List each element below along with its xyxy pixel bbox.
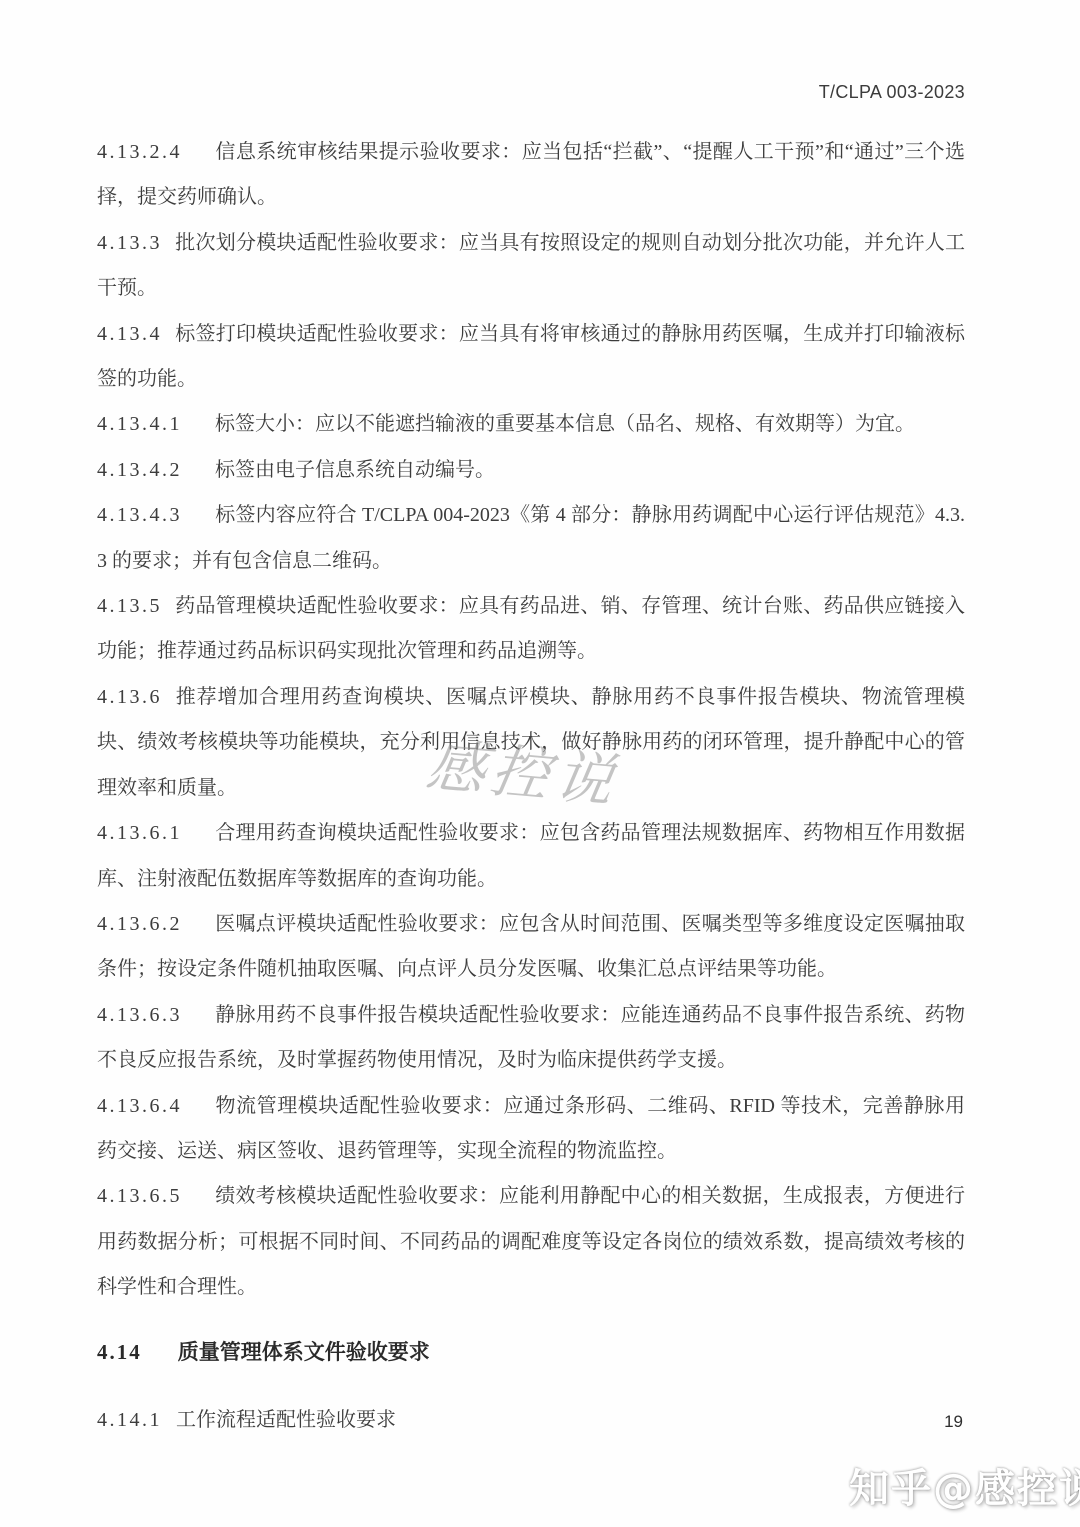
clause-number: 4.13.4.1 (97, 413, 182, 435)
clause-4-13-4-2: 4.13.4.2标签由电子信息系统自动编号。 (97, 448, 965, 493)
document-body: 4.13.2.4信息系统审核结果提示验收要求：应当包括“拦截”、“提醒人工干预”… (97, 130, 965, 1443)
clause-text: 药品管理模块适配性验收要求：应具有药品进、销、存管理、统计台账、药品供应链接入功… (97, 595, 965, 662)
clause-4-13-4-3: 4.13.4.3标签内容应符合 T/CLPA 004-2023《第 4 部分：静… (97, 493, 965, 584)
clause-4-13-6-1: 4.13.6.1合理用药查询模块适配性验收要求：应包含药品管理法规数据库、药物相… (97, 811, 965, 902)
clause-4-13-6-2: 4.13.6.2医嘱点评模块适配性验收要求：应包含从时间范围、医嘱类型等多维度设… (97, 902, 965, 993)
clause-number: 4.13.4.2 (97, 459, 182, 481)
clause-text: 信息系统审核结果提示验收要求：应当包括“拦截”、“提醒人工干预”和“通过”三个选… (97, 141, 965, 208)
section-title: 质量管理体系文件验收要求 (178, 1340, 430, 1364)
clause-text: 医嘱点评模块适配性验收要求：应包含从时间范围、医嘱类型等多维度设定医嘱抽取条件；… (97, 913, 965, 980)
clause-number: 4.13.4.3 (97, 504, 182, 526)
clause-4-13-4-1: 4.13.4.1标签大小：应以不能遮挡输液的重要基本信息（品名、规格、有效期等）… (97, 402, 965, 447)
clause-number: 4.13.3 (97, 232, 162, 254)
clause-4-13-3: 4.13.3批次划分模块适配性验收要求：应当具有按照设定的规则自动划分批次功能，… (97, 221, 965, 312)
clause-number: 4.13.5 (97, 595, 162, 617)
zhihu-corner-watermark: 知乎@感控说 (849, 1457, 1080, 1514)
clause-number: 4.13.6.5 (97, 1185, 182, 1207)
clause-text: 静脉用药不良事件报告模块适配性验收要求：应能连通药品不良事件报告系统、药物不良反… (97, 1004, 965, 1071)
clause-text: 标签大小：应以不能遮挡输液的重要基本信息（品名、规格、有效期等）为宜。 (215, 413, 915, 435)
clause-4-13-6-4: 4.13.6.4物流管理模块适配性验收要求：应通过条形码、二维码、RFID 等技… (97, 1084, 965, 1175)
clause-4-13-6-5: 4.13.6.5绩效考核模块适配性验收要求：应能利用静配中心的相关数据，生成报表… (97, 1174, 965, 1310)
clause-number: 4.13.2.4 (97, 141, 182, 163)
section-heading-4-14: 4.14质量管理体系文件验收要求 (97, 1330, 965, 1375)
clause-text: 标签打印模块适配性验收要求：应当具有将审核通过的静脉用药医嘱，生成并打印输液标签… (97, 323, 965, 390)
subsection-title: 工作流程适配性验收要求 (176, 1409, 396, 1431)
clause-4-13-6-3: 4.13.6.3静脉用药不良事件报告模块适配性验收要求：应能连通药品不良事件报告… (97, 993, 965, 1084)
section-number: 4.14 (97, 1340, 142, 1364)
clause-text: 标签由电子信息系统自动编号。 (215, 459, 495, 481)
clause-text: 合理用药查询模块适配性验收要求：应包含药品管理法规数据库、药物相互作用数据库、注… (97, 822, 965, 889)
clause-4-13-6: 4.13.6推荐增加合理用药查询模块、医嘱点评模块、静脉用药不良事件报告模块、物… (97, 675, 965, 811)
clause-text: 物流管理模块适配性验收要求：应通过条形码、二维码、RFID 等技术，完善静脉用药… (97, 1095, 965, 1162)
clause-text: 绩效考核模块适配性验收要求：应能利用静配中心的相关数据，生成报表，方便进行用药数… (97, 1185, 965, 1298)
clause-text: 批次划分模块适配性验收要求：应当具有按照设定的规则自动划分批次功能，并允许人工干… (97, 232, 965, 299)
clause-number: 4.13.6.2 (97, 913, 182, 935)
header-doc-code: T/CLPA 003-2023 (819, 82, 965, 103)
clause-4-13-4: 4.13.4标签打印模块适配性验收要求：应当具有将审核通过的静脉用药医嘱，生成并… (97, 312, 965, 403)
subsection-number: 4.14.1 (97, 1409, 162, 1431)
clause-text: 标签内容应符合 T/CLPA 004-2023《第 4 部分：静脉用药调配中心运… (97, 504, 965, 571)
clause-number: 4.13.6.1 (97, 822, 182, 844)
subsection-4-14-1: 4.14.1工作流程适配性验收要求 (97, 1398, 965, 1443)
clause-number: 4.13.6.4 (97, 1095, 182, 1117)
document-page: T/CLPA 003-2023 4.13.2.4信息系统审核结果提示验收要求：应… (0, 0, 1080, 1527)
clause-number: 4.13.4 (97, 323, 162, 345)
page-number: 19 (944, 1412, 963, 1432)
clause-4-13-2-4: 4.13.2.4信息系统审核结果提示验收要求：应当包括“拦截”、“提醒人工干预”… (97, 130, 965, 221)
clause-number: 4.13.6 (97, 686, 162, 708)
clause-4-13-5: 4.13.5药品管理模块适配性验收要求：应具有药品进、销、存管理、统计台账、药品… (97, 584, 965, 675)
clause-text: 推荐增加合理用药查询模块、医嘱点评模块、静脉用药不良事件报告模块、物流管理模块、… (97, 686, 965, 799)
clause-number: 4.13.6.3 (97, 1004, 182, 1026)
